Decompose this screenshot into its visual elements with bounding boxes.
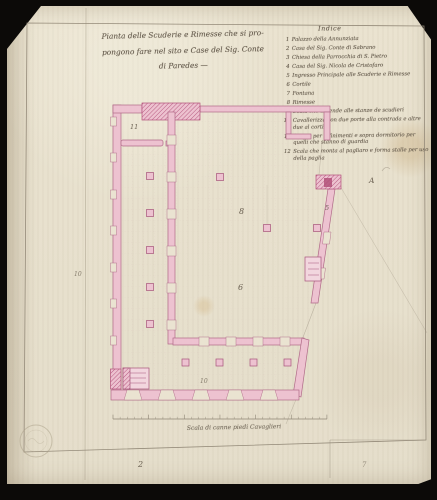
- embossed-stamp: [20, 425, 52, 457]
- label-10-wing: 10: [200, 378, 208, 385]
- entrance-label-5: 5: [325, 204, 329, 212]
- archive-number-right: 7: [362, 461, 367, 469]
- plan-drawing: 11 8 6 10 10 5 A 2 7: [0, 0, 437, 500]
- reference-letter-a: A: [368, 176, 375, 185]
- corner-panel-lines: [330, 440, 426, 478]
- archive-number-left: 2: [137, 460, 143, 469]
- photographed-manuscript-plan: Pianta delle Scuderie e Rimesse che si p…: [0, 0, 437, 500]
- room-label-8: 8: [239, 207, 244, 216]
- scale-bar: [113, 415, 327, 419]
- fold-crease: [85, 8, 86, 480]
- room-label-11: 11: [130, 123, 138, 131]
- court-label-6: 6: [238, 283, 243, 292]
- scale-ticks: [113, 415, 327, 419]
- label-10-contrada: 10: [74, 271, 82, 278]
